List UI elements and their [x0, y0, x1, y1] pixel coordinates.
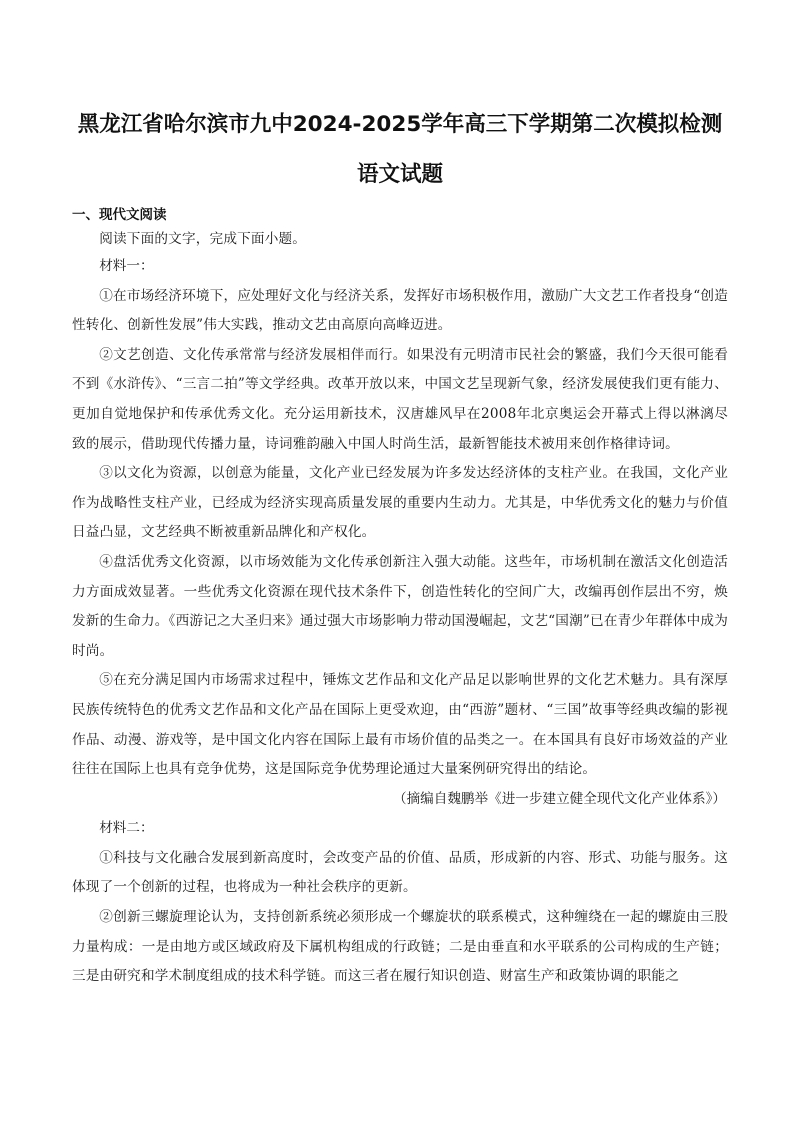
material-one-paragraph-4: ④盘活优秀文化资源，以市场效能为文化传承创新注入强大动能。这些年，市场机制在激活…: [72, 548, 728, 666]
material-one-paragraph-3: ③以文化为资源，以创意为能量，文化产业已经发展为许多发达经济体的支柱产业。在我国…: [72, 459, 728, 548]
document-title: 黑龙江省哈尔滨市九中2024-2025学年高三下学期第二次模拟检测语文试题: [72, 100, 728, 200]
material-one-source: （摘编自魏鹏举《进一步建立健全现代文化产业体系》）: [72, 785, 728, 815]
document-page: 黑龙江省哈尔滨市九中2024-2025学年高三下学期第二次模拟检测语文试题 一、…: [72, 100, 728, 992]
instruction-text: 阅读下面的文字，完成下面小题。: [72, 226, 728, 252]
section-heading: 一、现代文阅读: [72, 204, 728, 226]
material-two-paragraph-2: ②创新三螺旋理论认为，支持创新系统必须形成一个螺旋状的联系模式，这种缠绕在一起的…: [72, 903, 728, 992]
material-two-label: 材料二：: [72, 814, 728, 844]
material-one-paragraph-2: ②文艺创造、文化传承常常与经济发展相伴而行。如果没有元明清市民社会的繁盛，我们今…: [72, 341, 728, 459]
material-one-paragraph-1: ①在市场经济环境下，应处理好文化与经济关系，发挥好市场积极作用，激励广大文艺工作…: [72, 282, 728, 341]
material-one-paragraph-5: ⑤在充分满足国内市场需求过程中，锤炼文艺作品和文化产品足以影响世界的文化艺术魅力…: [72, 666, 728, 784]
material-two-paragraph-1: ①科技与文化融合发展到新高度时，会改变产品的价值、品质，形成新的内容、形式、功能…: [72, 844, 728, 903]
material-one-label: 材料一：: [72, 252, 728, 282]
